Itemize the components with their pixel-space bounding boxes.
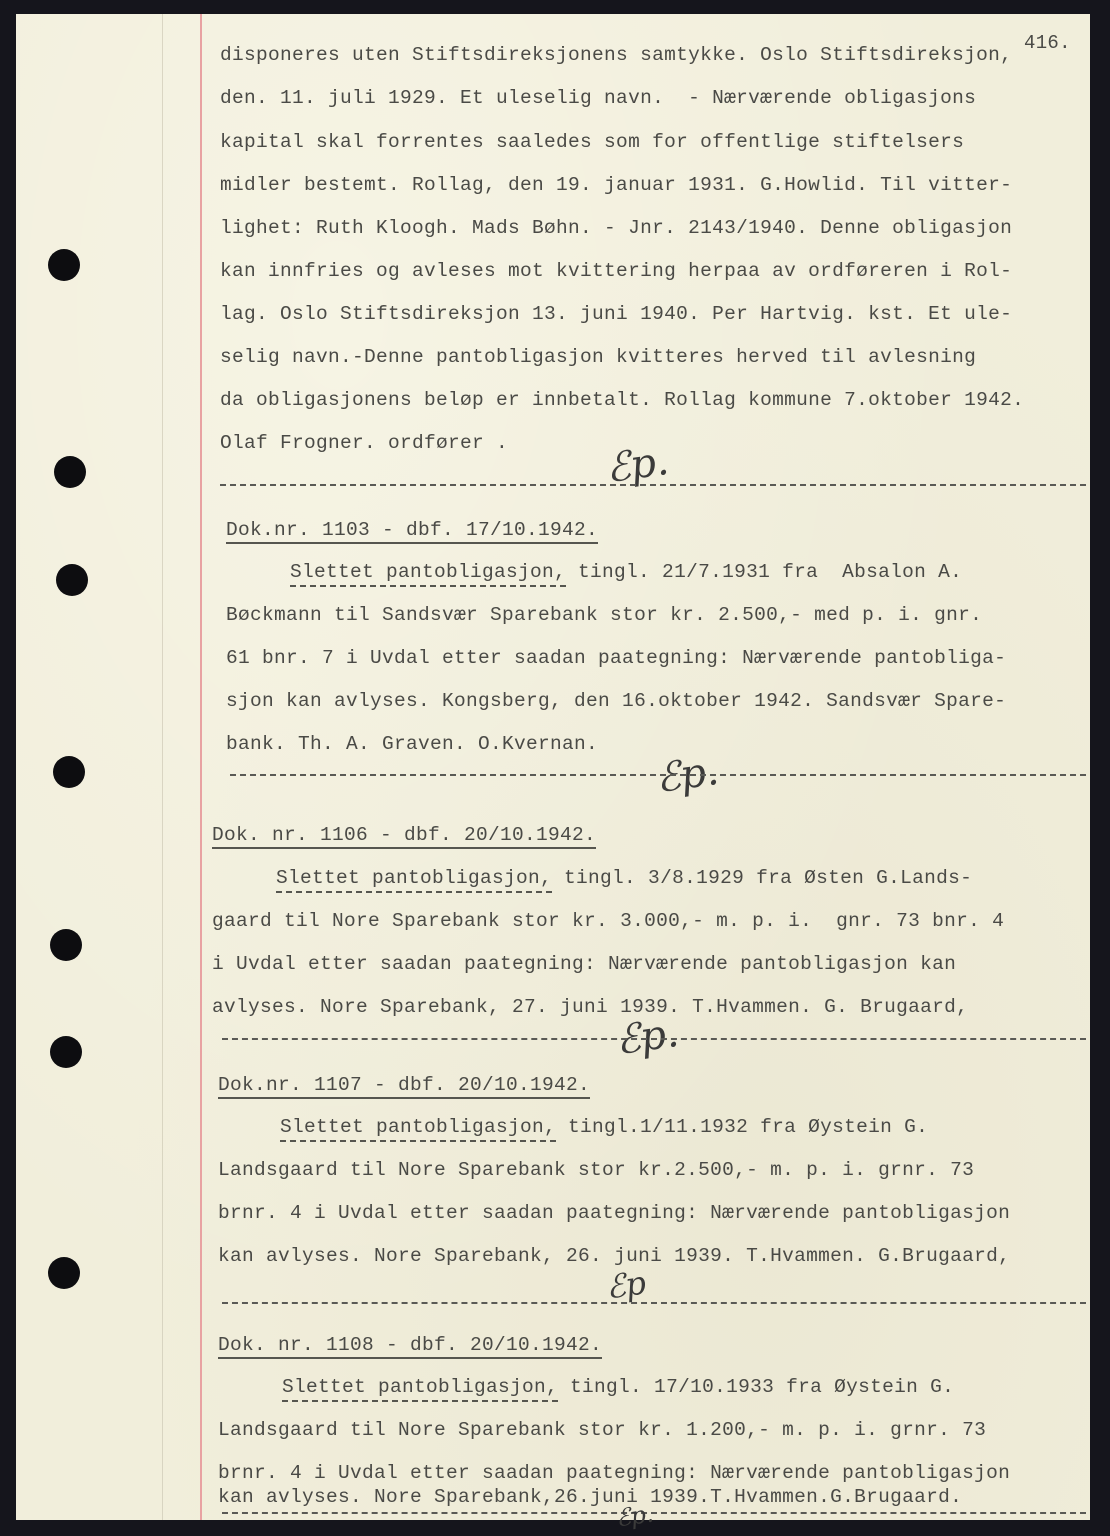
text-line: brnr. 4 i Uvdal etter saadan paategning:… — [218, 1462, 1010, 1484]
separator-rule — [222, 1512, 1086, 1514]
text-line: midler bestemt. Rollag, den 19. januar 1… — [220, 174, 1012, 196]
entry-first-line: Slettet pantobligasjon, tingl. 17/10.193… — [282, 1376, 954, 1398]
entry-first-rest: tingl.1/11.1932 fra Øystein G. — [556, 1116, 928, 1138]
text-line: selig navn.-Denne pantobligasjon kvitter… — [220, 346, 976, 368]
entry-first-rest: tingl. 21/7.1931 fra Absalon A. — [566, 561, 962, 583]
text-line: bank. Th. A. Graven. O.Kvernan. — [226, 733, 598, 755]
entry-first-rest: tingl. 3/8.1929 fra Østen G.Lands- — [552, 867, 972, 889]
text-line: lag. Oslo Stiftsdireksjon 13. juni 1940.… — [220, 303, 1012, 325]
entry-lead: Slettet pantobligasjon, — [280, 1116, 556, 1142]
text-line: sjon kan avlyses. Kongsberg, den 16.okto… — [226, 690, 1006, 712]
entry-heading: Dok. nr. 1108 - dbf. 20/10.1942. — [218, 1334, 602, 1356]
separator-rule — [230, 774, 1086, 776]
entry-first-rest: tingl. 17/10.1933 fra Øystein G. — [558, 1376, 954, 1398]
entry-first-line: Slettet pantobligasjon, tingl.1/11.1932 … — [280, 1116, 928, 1138]
entry-lead: Slettet pantobligasjon, — [290, 561, 566, 587]
entry-heading-text: Dok.nr. 1103 - dbf. 17/10.1942. — [226, 519, 598, 544]
handwritten-initials: ℰp — [604, 1263, 649, 1306]
separator-rule — [222, 1302, 1086, 1304]
text-line: kan avlyses. Nore Sparebank,26.juni 1939… — [218, 1486, 962, 1508]
entry-heading: Dok.nr. 1107 - dbf. 20/10.1942. — [218, 1074, 590, 1096]
text-line: avlyses. Nore Sparebank, 27. juni 1939. … — [212, 996, 968, 1018]
text-line: Landsgaard til Nore Sparebank stor kr.2.… — [218, 1159, 974, 1181]
typed-text-area: 416. disponeres uten Stiftsdireksjonens … — [16, 14, 1090, 1520]
entry-heading-text: Dok. nr. 1106 - dbf. 20/10.1942. — [212, 824, 596, 849]
entry-heading: Dok. nr. 1106 - dbf. 20/10.1942. — [212, 824, 596, 846]
page-number: 416. — [1024, 32, 1071, 54]
text-line: i Uvdal etter saadan paategning: Nærvære… — [212, 953, 956, 975]
document-page: 416. disponeres uten Stiftsdireksjonens … — [16, 14, 1090, 1520]
handwritten-initials: ℰp. — [614, 1500, 655, 1533]
handwritten-initials: ℰp. — [613, 1010, 681, 1064]
entry-first-line: Slettet pantobligasjon, tingl. 3/8.1929 … — [276, 867, 972, 889]
text-line: Landsgaard til Nore Sparebank stor kr. 1… — [218, 1419, 986, 1441]
text-line: Olaf Frogner. ordfører . — [220, 432, 508, 454]
text-line: brnr. 4 i Uvdal etter saadan paategning:… — [218, 1202, 1010, 1224]
text-line: kapital skal forrentes saaledes som for … — [220, 131, 964, 153]
text-line: gaard til Nore Sparebank stor kr. 3.000,… — [212, 910, 1004, 932]
separator-rule — [222, 1038, 1086, 1040]
entry-lead: Slettet pantobligasjon, — [276, 867, 552, 893]
text-line: 61 bnr. 7 i Uvdal etter saadan paategnin… — [226, 647, 1006, 669]
text-line: disponeres uten Stiftsdireksjonens samty… — [220, 44, 1012, 66]
entry-heading-text: Dok.nr. 1107 - dbf. 20/10.1942. — [218, 1074, 590, 1099]
text-line: Bøckmann til Sandsvær Sparebank stor kr.… — [226, 604, 982, 626]
text-line: da obligasjonens beløp er innbetalt. Rol… — [220, 389, 1024, 411]
text-line: lighet: Ruth Kloogh. Mads Bøhn. - Jnr. 2… — [220, 217, 1012, 239]
text-line: kan avlyses. Nore Sparebank, 26. juni 19… — [218, 1245, 1010, 1267]
separator-rule — [220, 484, 1086, 486]
text-line: den. 11. juli 1929. Et uleselig navn. - … — [220, 87, 976, 109]
entry-heading: Dok.nr. 1103 - dbf. 17/10.1942. — [226, 519, 598, 541]
text-line: kan innfries og avleses mot kvittering h… — [220, 260, 1012, 282]
entry-lead: Slettet pantobligasjon, — [282, 1376, 558, 1402]
entry-first-line: Slettet pantobligasjon, tingl. 21/7.1931… — [290, 561, 962, 583]
entry-heading-text: Dok. nr. 1108 - dbf. 20/10.1942. — [218, 1334, 602, 1359]
